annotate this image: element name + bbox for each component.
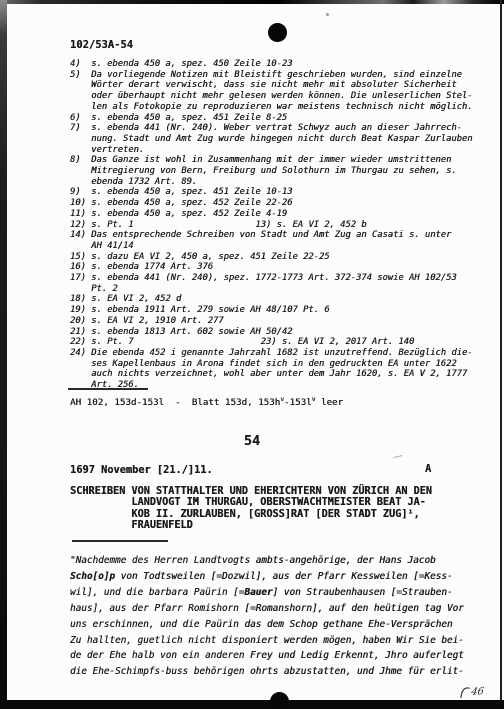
punch-hole-top-icon <box>268 23 287 42</box>
document-number: 54 <box>0 433 504 449</box>
scanned-document-page: 102/53A-54 4) s. ebenda 450 a, spez. 450… <box>0 0 504 709</box>
scan-speck <box>326 13 329 16</box>
footnotes-block: 4) s. ebenda 450 a, spez. 450 Zeile 10-2… <box>70 59 473 391</box>
archive-call-number: 102/53A-54 <box>70 39 133 51</box>
handwritten-margin-note: 46 <box>459 684 485 699</box>
scan-edge-right <box>500 0 502 709</box>
footnote-divider <box>68 388 148 390</box>
document-title: SCHREIBEN VON STATTHALTER UND EHERICHTER… <box>70 486 432 531</box>
transcription-body: "Nachdemme des Herren Landtvogts ambts-a… <box>70 553 464 680</box>
pencil-squiggle <box>394 455 404 462</box>
marginal-letter: A <box>425 463 431 475</box>
scan-edge-top <box>0 0 504 4</box>
margin-note-digits: 46 <box>470 687 484 698</box>
scan-edge-bottom <box>0 700 504 709</box>
scan-edge-left <box>0 0 7 709</box>
archive-reference: AH 102, 153d-153l - Blatt 153d, 153hv-15… <box>70 394 343 408</box>
document-date: 1697 November [21./]11. <box>70 464 213 476</box>
punch-hole-bottom-icon <box>270 692 289 709</box>
title-divider <box>72 540 168 542</box>
